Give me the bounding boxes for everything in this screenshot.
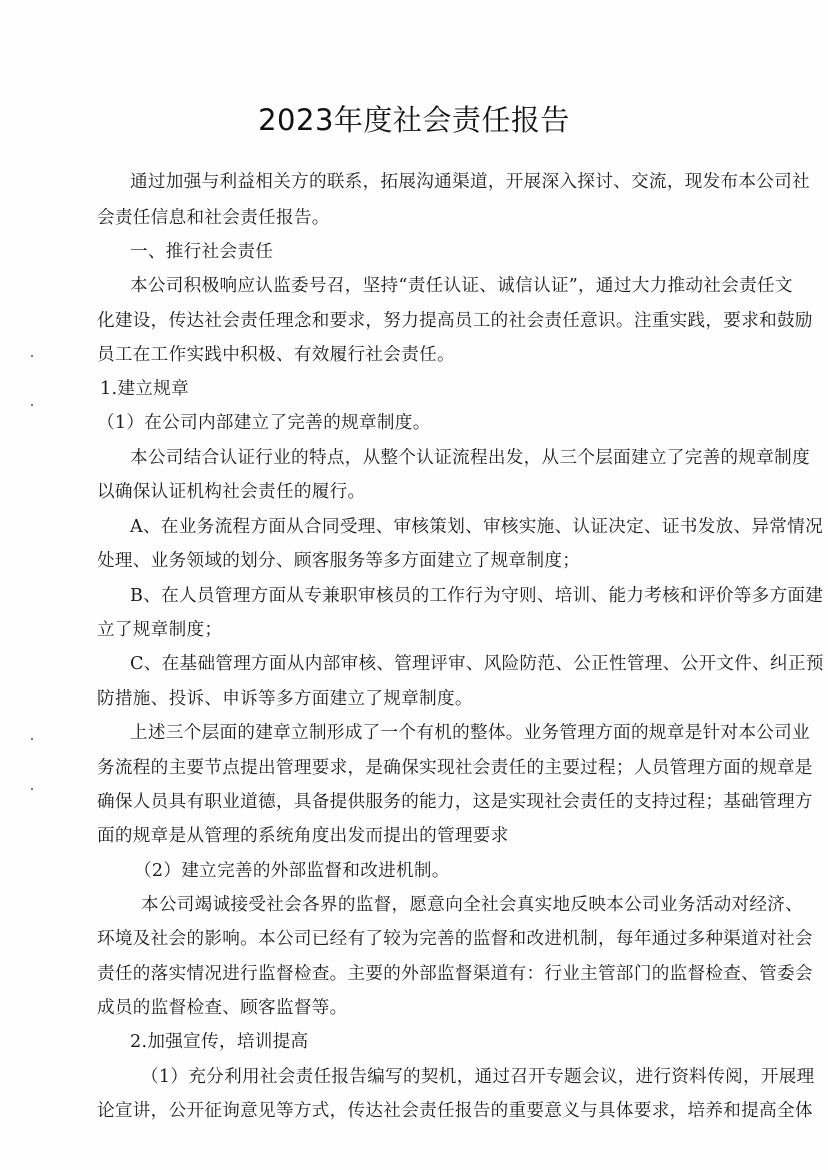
subsection-heading: 1.建立规章 <box>100 375 189 400</box>
paragraph-line: 本公司结合认证行业的特点，从整个认证流程出发，从三个层面建立了完善的规章制度 <box>130 444 810 469</box>
scan-speck <box>31 738 33 740</box>
paragraph-line: 上述三个层面的建章立制形成了一个有机的整体。业务管理方面的规章是针对本公司业 <box>130 719 810 744</box>
paragraph-line: 面的规章是从管理的系统角度出发而提出的管理要求 <box>97 822 509 847</box>
document-title: 2023年度社会责任报告 <box>0 98 828 139</box>
section-heading: 一、推行社会责任 <box>130 238 273 263</box>
paragraph-line: A、在业务流程方面从合同受理、审核策划、审核实施、认证决定、证书发放、异常情况 <box>130 513 823 538</box>
paragraph-line: 会责任信息和社会责任报告。 <box>97 204 330 229</box>
paragraph-line: 以确保认证机构社会责任的履行。 <box>97 478 365 503</box>
paragraph-line: 环境及社会的影响。本公司已经有了较为完善的监督和改进机制，每年通过多种渠道对社会 <box>97 925 813 950</box>
scan-speck <box>31 404 33 406</box>
paragraph-line: 立了规章制度； <box>97 616 222 641</box>
paragraph-line: 本公司竭诚接受社会各界的监督，愿意向全社会真实地反映本公司业务活动对经济、 <box>141 891 803 916</box>
paragraph-line: 通过加强与利益相关方的联系，拓展沟通渠道，开展深入探讨、交流，现发布本公司社 <box>130 168 810 193</box>
subsection-heading: （2）建立完善的外部监督和改进机制。 <box>134 857 450 882</box>
paragraph-line: （1）充分利用社会责任报告编写的契机，通过召开专题会议，进行资料传阅，开展理 <box>141 1063 815 1088</box>
paragraph-line: B、在人员管理方面从专兼职审核员的工作行为守则、培训、能力考核和评价等多方面建 <box>130 582 823 607</box>
paragraph-line: C、在基础管理方面从内部审核、管理评审、风险防范、公正性管理、公开文件、纠正预 <box>130 650 824 675</box>
paragraph-line: 务流程的主要节点提出管理要求，是确保实现社会责任的主要过程；人员管理方面的规章是 <box>97 754 813 779</box>
paragraph-line: 确保人员具有职业道德，具备提供服务的能力，这是实现社会责任的支持过程；基础管理方 <box>97 788 813 813</box>
paragraph-line: 员工在工作实践中积极、有效履行社会责任。 <box>97 341 455 366</box>
scan-speck <box>31 355 33 357</box>
document-page: 2023年度社会责任报告 通过加强与利益相关方的联系，拓展沟通渠道，开展深入探讨… <box>0 0 828 1170</box>
paragraph-line: 成员的监督检查、顾客监督等。 <box>97 994 348 1019</box>
subsection-heading: （1）在公司内部建立了完善的规章制度。 <box>97 409 431 434</box>
scan-speck <box>31 788 33 790</box>
subsection-heading: 2.加强宣传，培训提高 <box>130 1028 308 1053</box>
paragraph-line: 化建设，传达社会责任理念和要求，努力提高员工的社会责任意识。注重实践，要求和鼓励 <box>97 307 813 332</box>
paragraph-line: 论宣讲，公开征询意见等方式，传达社会责任报告的重要意义与具体要求，培养和提高全体 <box>97 1097 813 1122</box>
paragraph-line: 本公司积极响应认监委号召，坚持“责任认证、诚信认证”，通过大力推动社会责任文 <box>130 272 793 297</box>
paragraph-line: 责任的落实情况进行监督检查。主要的外部监督渠道有：行业主管部门的监督检查、管委会 <box>97 960 813 985</box>
paragraph-line: 处理、业务领域的划分、顾客服务等多方面建立了规章制度； <box>97 547 580 572</box>
paragraph-line: 防措施、投诉、申诉等多方面建立了规章制度。 <box>97 685 473 710</box>
